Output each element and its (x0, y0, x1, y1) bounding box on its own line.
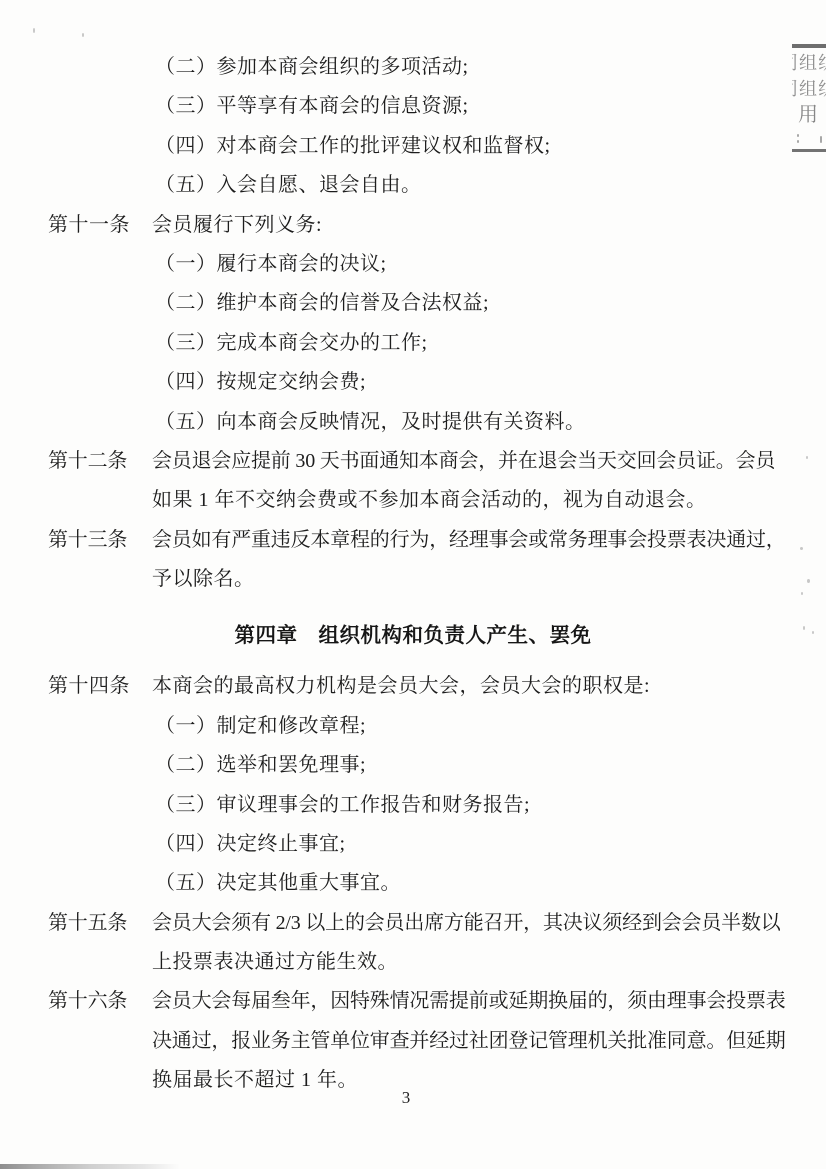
clause-text: （五）决定其他重大事宜。 (0, 864, 826, 903)
clause-item: （四）按规定交纳会费; (0, 363, 826, 402)
clause-text: （二）选举和罢免理事; (0, 746, 826, 785)
scan-speck (800, 547, 803, 550)
scan-speck (801, 592, 803, 595)
clause-item: （二）参加本商会组织的多项活动; (0, 48, 826, 87)
clause-item: （三）审议理事会的工作报告和财务报告; (0, 786, 826, 825)
scan-speck (807, 579, 810, 583)
article-line: 第十四条 本商会的最高权力机构是会员大会，会员大会的职权是: (0, 667, 826, 706)
clause-item: （一）制定和修改章程; (0, 707, 826, 746)
clause-text: （一）履行本商会的决议; (0, 245, 826, 284)
scan-speck (806, 456, 808, 459)
clause-item: （五）入会自愿、退会自由。 (0, 166, 826, 205)
continuation-text: 如果 1 年不交纳会费或不参加本商会活动的，视为自动退会。 (0, 481, 826, 520)
clause-item: （三）平等享有本商会的信息资源; (0, 87, 826, 126)
chapter-heading: 第四章 组织机构和负责人产生、罢免 (0, 617, 826, 656)
clause-item: （四）对本商会工作的批评建议权和监督权; (0, 127, 826, 166)
article-number: 第十一条 (48, 206, 130, 245)
clause-text: （四）按规定交纳会费; (0, 363, 826, 402)
article-number: 第十三条 (48, 521, 127, 560)
article-line: 第十一条 会员履行下列义务: (0, 206, 826, 245)
continuation-text: 决通过，报业务主管单位审查并经过社团登记管理机关批准同意。但延期 (0, 1022, 826, 1061)
clause-item: （五）决定其他重大事宜。 (0, 864, 826, 903)
clause-text: （二）维护本商会的信誉及合法权益; (0, 284, 826, 323)
document-body: （二）参加本商会组织的多项活动; （三）平等享有本商会的信息资源; （四）对本商… (0, 48, 826, 1101)
clause-text: （五）向本商会反映情况，及时提供有关资料。 (0, 403, 826, 442)
scan-speck (82, 33, 84, 37)
continuation-text: 上投票表决通过方能生效。 (0, 943, 826, 982)
article-number: 第十五条 (48, 904, 127, 943)
article-number: 第十六条 (48, 982, 127, 1021)
article-line: 第十三条 会员如有严重违反本章程的行为，经理事会或常务理事会投票表决通过， (0, 521, 826, 560)
clause-item: （一）履行本商会的决议; (0, 245, 826, 284)
clause-item: （二）选举和罢免理事; (0, 746, 826, 785)
clause-item: （三）完成本商会交办的工作; (0, 324, 826, 363)
continuation-line: 如果 1 年不交纳会费或不参加本商会活动的，视为自动退会。 (0, 481, 826, 520)
article-line: 第十五条 会员大会须有 2/3 以上的会员出席方能召开，其决议须经到会会员半数以 (0, 904, 826, 943)
scan-speck (812, 631, 814, 634)
clause-text: （四）决定终止事宜; (0, 825, 826, 864)
article-number: 第十四条 (48, 667, 130, 706)
clause-text: （三）平等享有本商会的信息资源; (0, 87, 826, 126)
article-line: 第十六条 会员大会每届叁年，因特殊情况需提前或延期换届的，须由理事会投票表 (0, 982, 826, 1021)
continuation-line: 决通过，报业务主管单位审查并经过社团登记管理机关批准同意。但延期 (0, 1022, 826, 1061)
clause-item: （四）决定终止事宜; (0, 825, 826, 864)
scan-speck (803, 626, 805, 630)
clause-item: （二）维护本商会的信誉及合法权益; (0, 284, 826, 323)
article-line: 第十二条 会员退会应提前 30 天书面通知本商会，并在退会当天交回会员证。会员 (0, 442, 826, 481)
page-number: 3 (0, 1087, 812, 1109)
clause-text: （一）制定和修改章程; (0, 707, 826, 746)
scan-speck (33, 28, 35, 33)
clause-text: （三）完成本商会交办的工作; (0, 324, 826, 363)
clause-text: （三）审议理事会的工作报告和财务报告; (0, 786, 826, 825)
continuation-line: 上投票表决通过方能生效。 (0, 943, 826, 982)
clause-text: （五）入会自愿、退会自由。 (0, 166, 826, 205)
clause-text: （四）对本商会工作的批评建议权和监督权; (0, 127, 826, 166)
continuation-line: 予以除名。 (0, 560, 826, 599)
continuation-text: 予以除名。 (0, 560, 826, 599)
scanned-document-page: { "page": { "number": "3" }, "corner_sta… (0, 0, 826, 1169)
clause-item: （五）向本商会反映情况，及时提供有关资料。 (0, 403, 826, 442)
scan-edge-artifact (0, 1164, 180, 1169)
clause-text: （二）参加本商会组织的多项活动; (0, 48, 826, 87)
article-number: 第十二条 (48, 442, 127, 481)
